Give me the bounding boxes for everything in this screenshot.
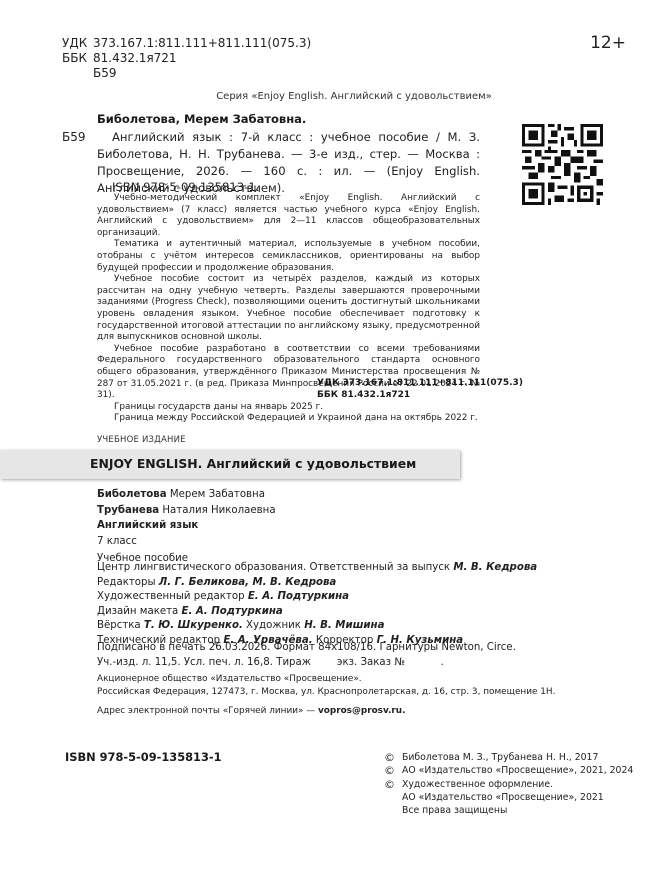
- author2-surname: Трубанева: [97, 505, 159, 516]
- annotation-paragraph: Учебно-методический комплект «Enjoy Engl…: [97, 193, 480, 239]
- bibliographic-isbn: ISBN 978-5-09-135813-1.: [112, 180, 259, 194]
- qr-code-icon[interactable]: [522, 124, 603, 205]
- publisher-name: Акционерное общество «Издательство «Прос…: [97, 673, 555, 686]
- staff-list: Центр лингвистического образования. Отве…: [97, 561, 537, 649]
- bbk-full: ББК 81.432.1я721: [317, 390, 523, 402]
- hotline-email-link[interactable]: vopros@prosv.ru.: [318, 706, 405, 716]
- udk-value: 373.167.1:811.111+811.111(075.3): [93, 36, 311, 51]
- annotation-paragraph: Тематика и аутентичный материал, использ…: [97, 239, 480, 274]
- edition-title: ENJOY ENGLISH. Английский с удовольствие…: [90, 456, 416, 471]
- print-line-2: Уч.-изд. л. 11,5. Усл. печ. л. 16,8. Тир…: [97, 656, 516, 671]
- author1-name: Мерем Забатовна: [167, 489, 265, 500]
- author-mark: Б59: [93, 66, 117, 81]
- bibliographic-author: Биболетова, Мерем Забатовна.: [97, 112, 306, 126]
- udk-full: УДК 373.167.1:811.111+811.111(075.3): [317, 378, 523, 390]
- author1-surname: Биболетова: [97, 489, 167, 500]
- staff-row: Художественный редактор Е. А. Подтуркина: [97, 590, 537, 605]
- print-line-1: Подписано в печать 26.03.2026. Формат 84…: [97, 641, 516, 656]
- grade: 7 класс: [97, 534, 276, 550]
- author2-name: Наталия Николаевна: [159, 505, 275, 516]
- publisher-info: Акционерное общество «Издательство «Прос…: [97, 673, 555, 718]
- copyright-block: ©Биболетова М. З., Трубанева Н. Н., 2017…: [384, 751, 633, 817]
- copyright-icon: ©: [384, 751, 402, 764]
- bbk-value: 81.432.1я721: [93, 51, 177, 66]
- footer-isbn: ISBN 978-5-09-135813-1: [65, 750, 222, 764]
- staff-row: Центр лингвистического образования. Отве…: [97, 561, 537, 576]
- subject: Английский язык: [97, 518, 276, 534]
- bibliographic-mark: Б59: [62, 130, 86, 144]
- annotation-paragraph: Граница между Российской Федерацией и Ук…: [97, 413, 480, 425]
- credits: Биболетова Мерем Забатовна Трубанева Нат…: [97, 487, 276, 567]
- staff-row: Вёрстка Т. Ю. Шкуренко. Художник Н. В. М…: [97, 619, 537, 634]
- publisher-address: Российская Федерация, 127473, г. Москва,…: [97, 686, 555, 699]
- edition-label: УЧЕБНОЕ ИЗДАНИЕ: [97, 435, 186, 445]
- bbk-label: ББК: [62, 51, 93, 66]
- copyright-icon: ©: [384, 778, 402, 791]
- staff-row: Дизайн макета Е. А. Подтуркина: [97, 605, 537, 620]
- annotation-paragraph: Границы государств даны на январь 2025 г…: [97, 402, 480, 414]
- series-title: Серия «Enjoy English. Английский с удово…: [0, 91, 650, 102]
- age-rating: 12+: [590, 33, 626, 53]
- hotline-label: Адрес электронной почты «Горячей линии» …: [97, 706, 318, 716]
- classification-codes: УДК373.167.1:811.111+811.111(075.3) ББК8…: [62, 36, 311, 81]
- annotation-paragraph: Учебное пособие состоит из четырёх разде…: [97, 274, 480, 344]
- classification-block: УДК 373.167.1:811.111+811.111(075.3) ББК…: [317, 378, 523, 401]
- print-info: Подписано в печать 26.03.2026. Формат 84…: [97, 641, 516, 670]
- udk-label: УДК: [62, 36, 93, 51]
- staff-row: Редакторы Л. Г. Беликова, М. В. Кедрова: [97, 576, 537, 591]
- copyright-icon: ©: [384, 764, 402, 777]
- rights-reserved: Все права защищены: [402, 804, 507, 817]
